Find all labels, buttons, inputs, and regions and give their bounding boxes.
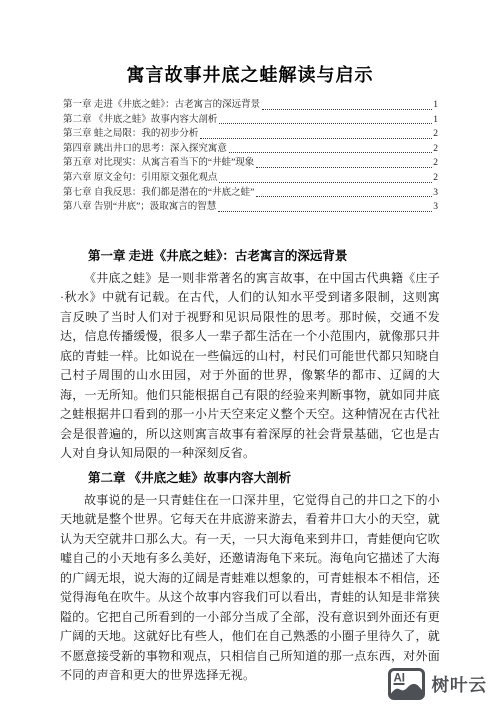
toc-entry[interactable]: 第七章 自我反思：我们都是潜在的“井底之蛙” 3: [63, 186, 438, 201]
toc-entry-label: 第七章 自我反思：我们都是潜在的“井底之蛙”: [63, 186, 254, 201]
chapter-1-paragraph: 《井底之蛙》是一则非常著名的寓言故事，在中国古代典籍《庄子·秋水》中就有记载。在…: [60, 269, 440, 464]
toc-page-number: 1: [433, 113, 438, 128]
toc-dot-leader: [219, 182, 432, 183]
table-of-contents: 第一章 走进《井底之蛙》：古老寓言的深远背景 1 第二章 《井底之蛙》故事内容大…: [63, 98, 438, 215]
toc-entry[interactable]: 第二章 《井底之蛙》故事内容大剖析 1: [63, 113, 438, 128]
watermark: AI 树叶云: [388, 668, 488, 700]
toc-page-number: 2: [433, 156, 438, 171]
toc-page-number: 1: [433, 98, 438, 113]
toc-entry-label: 第四章 跳出井口的思考：深入探究寓意: [63, 142, 227, 157]
watermark-brand-text: 树叶云: [432, 672, 488, 697]
toc-entry-label: 第六章 原文金句：引用原文强化观点: [63, 171, 217, 186]
chapter-2-heading: 第二章 《井底之蛙》故事内容大剖析: [60, 468, 440, 488]
toc-entry-label: 第三章 蛙之局限：我的初步分析: [63, 127, 198, 142]
toc-entry-label: 第五章 对比现实：从寓言看当下的“井蛙”现象: [63, 156, 254, 171]
toc-entry-label: 第一章 走进《井底之蛙》：古老寓言的深远背景: [63, 98, 260, 113]
toc-dot-leader: [200, 138, 432, 139]
document-page: 寓言故事井底之蛙解读与启示 第一章 走进《井底之蛙》：古老寓言的深远背景 1 第…: [0, 0, 500, 707]
toc-entry[interactable]: 第八章 告别“井底”；汲取寓言的智慧 3: [63, 200, 438, 215]
document-body: 第一章 走进《井底之蛙》：古老寓言的深远背景 《井底之蛙》是一则非常著名的寓言故…: [60, 246, 440, 686]
toc-page-number: 2: [433, 171, 438, 186]
toc-dot-leader: [262, 109, 432, 110]
ai-logo-text: AI: [393, 673, 405, 685]
toc-entry[interactable]: 第一章 走进《井底之蛙》：古老寓言的深远背景 1: [63, 98, 438, 113]
toc-dot-leader: [256, 167, 432, 168]
toc-entry[interactable]: 第五章 对比现实：从寓言看当下的“井蛙”现象 2: [63, 156, 438, 171]
toc-entry[interactable]: 第三章 蛙之局限：我的初步分析 2: [63, 127, 438, 142]
chapter-2-paragraph: 故事说的是一只青蛙住在一口深井里，它觉得自己的井口之下的小天地就是整个世界。它每…: [60, 491, 440, 686]
toc-page-number: 3: [433, 186, 438, 201]
toc-dot-leader: [218, 211, 432, 212]
toc-page-number: 2: [433, 142, 438, 157]
toc-entry-label: 第二章 《井底之蛙》故事内容大剖析: [63, 113, 217, 128]
toc-page-number: 2: [433, 127, 438, 142]
ai-logo-icon: AI: [388, 668, 425, 700]
toc-entry[interactable]: 第四章 跳出井口的思考：深入探究寓意 2: [63, 142, 438, 157]
toc-dot-leader: [219, 123, 432, 124]
toc-entry-label: 第八章 告别“井底”；汲取寓言的智慧: [63, 200, 216, 215]
toc-page-number: 3: [433, 200, 438, 215]
toc-dot-leader: [256, 196, 432, 197]
toc-entry[interactable]: 第六章 原文金句：引用原文强化观点 2: [63, 171, 438, 186]
toc-dot-leader: [229, 152, 432, 153]
page-title: 寓言故事井底之蛙解读与启示: [0, 62, 500, 88]
chapter-1-heading: 第一章 走进《井底之蛙》：古老寓言的深远背景: [60, 246, 440, 266]
